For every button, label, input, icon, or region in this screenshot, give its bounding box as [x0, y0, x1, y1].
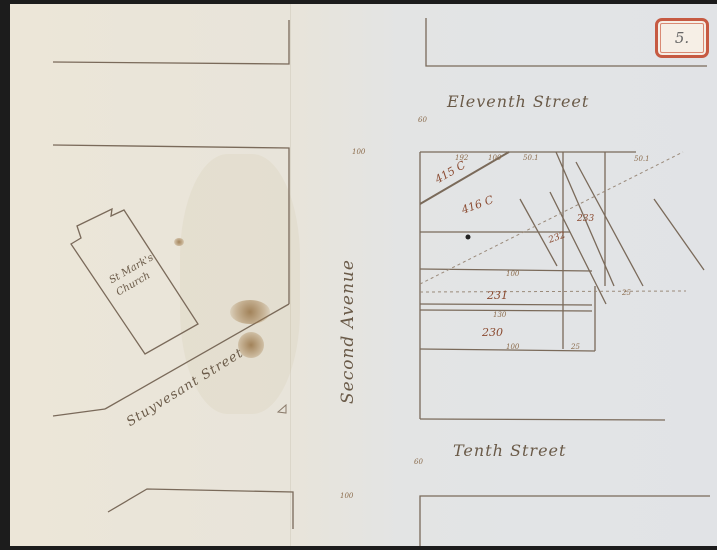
dimension-lot-top-3: 50.1 — [523, 154, 539, 162]
lot-233-label: 233 — [577, 214, 594, 224]
lot-230-label: 230 — [482, 326, 503, 339]
survey-point-marker — [466, 235, 471, 240]
dimension-street-width-bottom: 60 — [414, 458, 423, 466]
lot-231-label: 231 — [487, 289, 508, 302]
triangle-marker — [278, 405, 286, 413]
block-left-outline — [53, 145, 289, 304]
dimension-lot-right: 25 — [622, 289, 631, 297]
sheet-number-label: 5. — [655, 18, 709, 58]
block-bottom-right-outline — [420, 496, 710, 546]
ink-stain — [230, 300, 270, 324]
block-top-left-outline — [53, 20, 289, 64]
block-bottom-left-outline — [108, 489, 293, 529]
dimension-lot-231-top: 100 — [506, 270, 519, 278]
dimension-lot-small-bottom: 25 — [571, 343, 580, 351]
dimension-lot-top-2: 100 — [488, 154, 501, 162]
dimension-lot-top-1: 192 — [455, 154, 468, 162]
ink-stain — [174, 238, 184, 246]
dimension-avenue-top: 100 — [352, 148, 365, 156]
dimension-lot-top-4: 50.1 — [634, 155, 650, 163]
dimension-lot-230-top: 130 — [493, 311, 506, 319]
tenth-street-label: Tenth Street — [453, 441, 566, 460]
eleventh-street-label: Eleventh Street — [447, 92, 589, 111]
dimension-avenue-bottom: 100 — [340, 492, 353, 500]
map-sheet: 5. Eleventh Street Tenth Street Second A… — [10, 4, 717, 546]
dimension-street-width-top: 60 — [418, 116, 427, 124]
dimension-lot-230-bottom: 100 — [506, 343, 519, 351]
second-avenue-label: Second Avenue — [338, 259, 358, 404]
dashed-line-horizontal — [420, 291, 686, 292]
